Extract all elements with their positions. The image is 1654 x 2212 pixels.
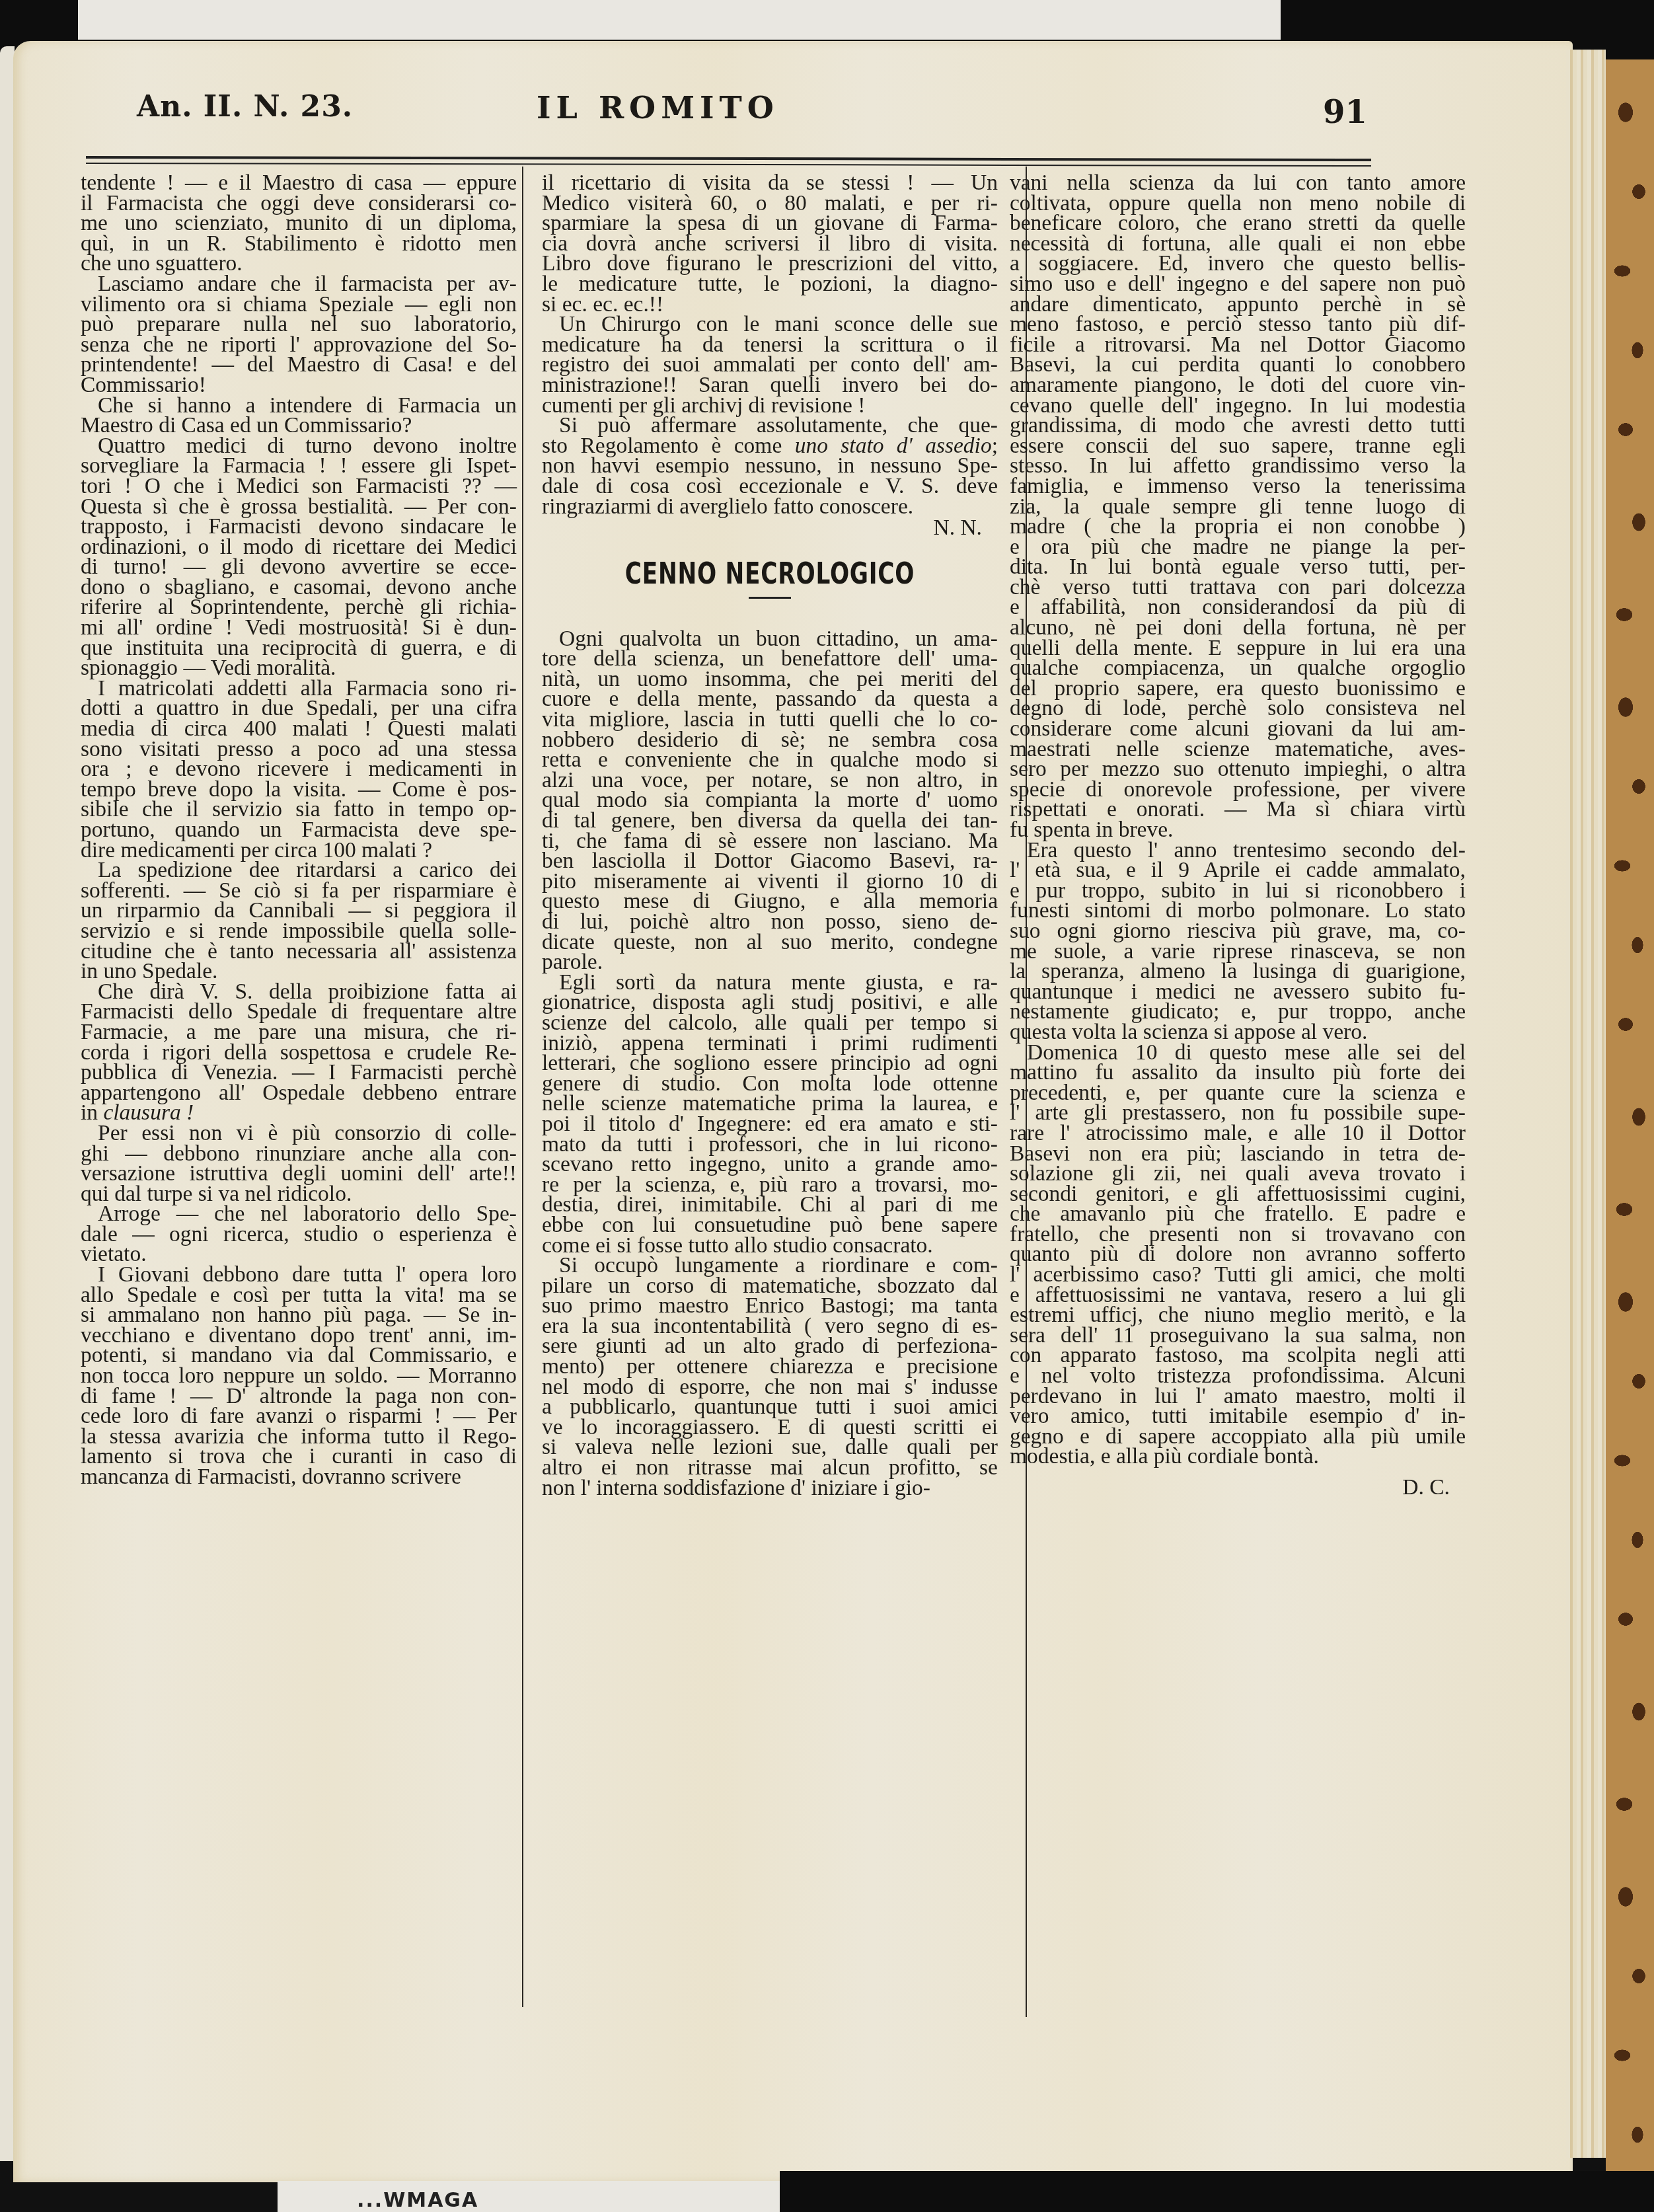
text-line: fu spenta in breve. <box>1010 820 1466 841</box>
library-label-slip: ...WMAGA <box>278 2181 780 2212</box>
column-3: vani nella scienza da lui con tanto amor… <box>1010 173 1466 1499</box>
running-header: An. II. N. 23. IL ROMITO 91 <box>87 85 1409 137</box>
column-1: tendente ! — e il Maestro di casa — eppu… <box>81 173 517 1488</box>
marbled-binding <box>1606 59 1654 2212</box>
text-line: questa volta la scienza si appose al ver… <box>1010 1022 1466 1043</box>
text-line: Lasciamo andare che il farmacista per av… <box>81 274 517 295</box>
text-line: Commissario! <box>81 375 517 396</box>
text-line: di lui, poichè altro non posso, sieno de… <box>542 912 998 933</box>
text-line: portuno, quando un Farmacista deve spe- <box>81 820 517 841</box>
text-line: ministrazione!! Saran quelli invero bei … <box>542 375 998 396</box>
text-line: suo ogni giorno riesciva più grave, ma, … <box>1010 921 1466 942</box>
text-line: non l' interna soddisfazione d' iniziare… <box>542 1478 998 1499</box>
column-2: il ricettario di visita da se stessi ! —… <box>542 173 998 1498</box>
text-line: famiglia, e immenso verso la tenerissima <box>1010 477 1466 497</box>
text-line: modestia, e alla più cordiale bontà. <box>1010 1447 1466 1467</box>
text-line: simo uso e dell' ingegno e del sapere no… <box>1010 274 1466 295</box>
text-line: dicate queste, non al suo merito, condeg… <box>542 933 998 953</box>
text-line: tori ! O che i Medici son Farmacisti ?? … <box>81 477 517 497</box>
obituary-signature: D. C. <box>1010 1476 1466 1499</box>
section-heading: CENNO NECROLOGICO <box>592 564 948 585</box>
scan-paper-slip-top <box>78 0 1281 40</box>
text-line: il ricettario di visita da se stessi ! —… <box>542 173 998 194</box>
text-line: scienze del calcolo, alle quali per temp… <box>542 1013 998 1034</box>
section-rule <box>749 597 791 599</box>
scan-background-bottom <box>780 2171 1654 2212</box>
text-line: poi il titolo d' Ingegnere: ed era amato… <box>542 1114 998 1135</box>
text-line: rare l' atrocissimo male, e alle 10 il D… <box>1010 1124 1466 1144</box>
text-line: servizio e si rende impossibile quella s… <box>81 921 517 942</box>
text-line: mancanza di Farmacisti, dovranno scriver… <box>81 1467 517 1488</box>
text-line: Farmacie, a me pare una misura, che ri- <box>81 1022 517 1043</box>
text-line: Per essi non vi è più consorzio di colle… <box>81 1124 517 1144</box>
text-line: tendente ! — e il Maestro di casa — eppu… <box>81 173 517 194</box>
text-line: vani nella scienza da lui con tanto amor… <box>1010 173 1466 194</box>
article-signature: N. N. <box>542 517 998 539</box>
page-number: 91 <box>1323 94 1367 131</box>
text-line: ebbe con lui consuetudine può bene saper… <box>542 1215 998 1236</box>
page-stack-edges <box>1566 50 1606 2158</box>
column-divider-1 <box>522 167 523 2007</box>
text-line: ringraziarmi di averglielo fatto conosce… <box>542 497 998 517</box>
issue-number: An. II. N. 23. <box>137 90 353 124</box>
previous-page-edge <box>0 46 15 2161</box>
text-line: le medicature tutte, le pozioni, la diag… <box>542 274 998 295</box>
text-line: dale di cosa così eccezionale e V. S. de… <box>542 477 998 497</box>
text-line: amaramente piangono, le doti del cuore v… <box>1010 375 1466 396</box>
masthead-title: IL ROMITO <box>537 90 779 126</box>
